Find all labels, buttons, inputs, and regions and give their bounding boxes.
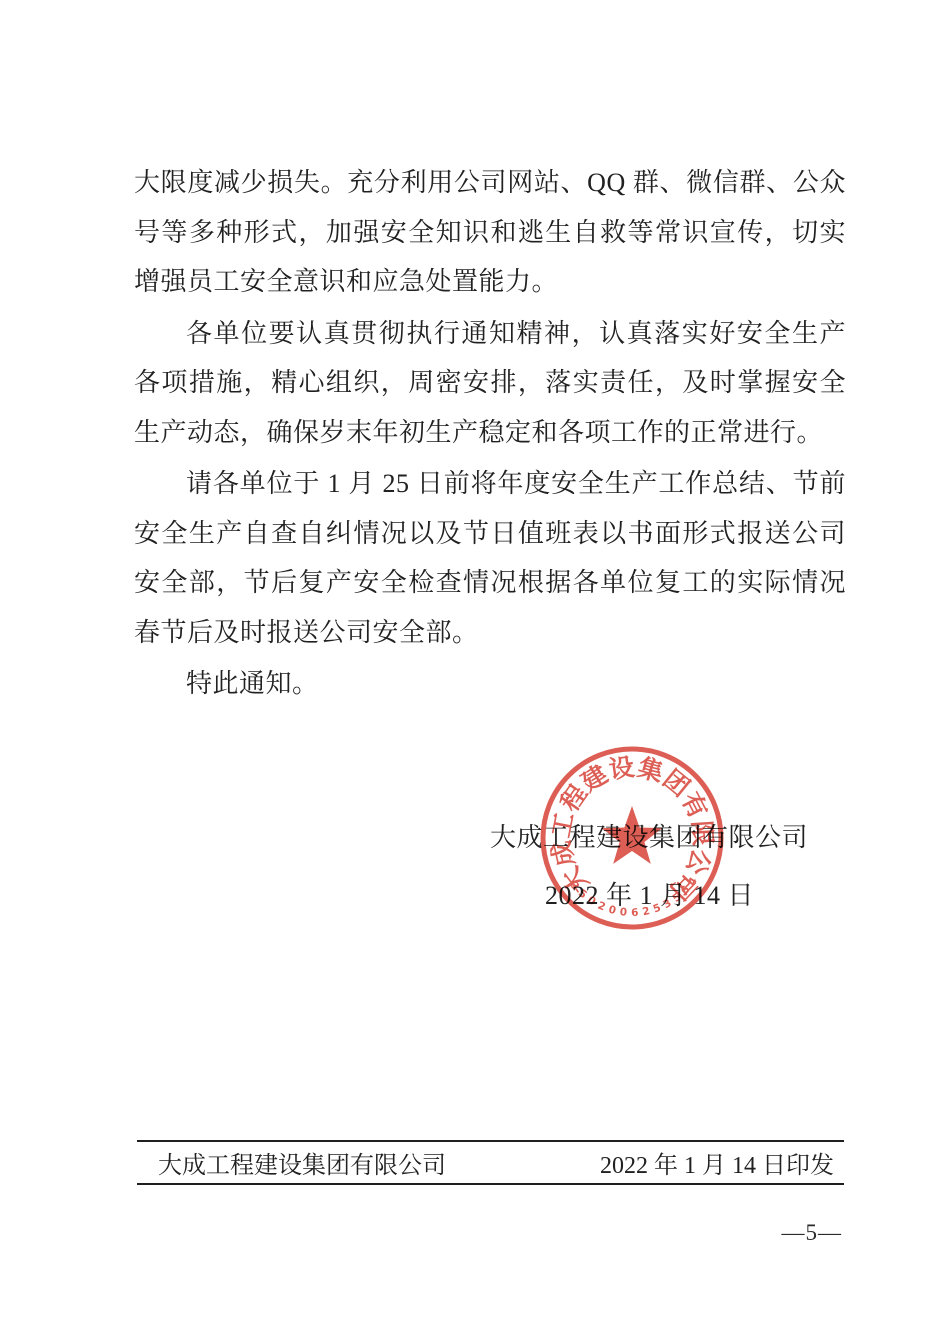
body-paragraph: 特此通知。 bbox=[134, 659, 846, 709]
body-paragraph: 大限度减少损失。充分利用公司网站、QQ 群、微信群、公众号等多种形式，加强安全知… bbox=[134, 158, 846, 307]
document-page: 大限度减少损失。充分利用公司网站、QQ 群、微信群、公众号等多种形式，加强安全知… bbox=[0, 0, 950, 1344]
seal-star-icon bbox=[602, 806, 663, 864]
notice-body: 大限度减少损失。充分利用公司网站、QQ 群、微信群、公众号等多种形式，加强安全知… bbox=[134, 158, 846, 711]
body-paragraph: 请各单位于 1 月 25 日前将年度安全生产工作总结、节前安全生产自查自纠情况以… bbox=[134, 459, 846, 657]
footer-issuer: 大成工程建设集团有限公司 bbox=[158, 1145, 446, 1180]
page-number: —5— bbox=[782, 1220, 843, 1246]
footer-bar: 大成工程建设集团有限公司 2022 年 1 月 14 日印发 bbox=[137, 1140, 844, 1185]
footer-print-date: 2022 年 1 月 14 日印发 bbox=[600, 1145, 834, 1180]
official-seal-stamp: 大成工程建设集团有限公司 3502006253564 bbox=[522, 728, 742, 948]
body-paragraph: 各单位要认真贯彻执行通知精神，认真落实好安全生产各项措施，精心组织，周密安排，落… bbox=[134, 309, 846, 458]
